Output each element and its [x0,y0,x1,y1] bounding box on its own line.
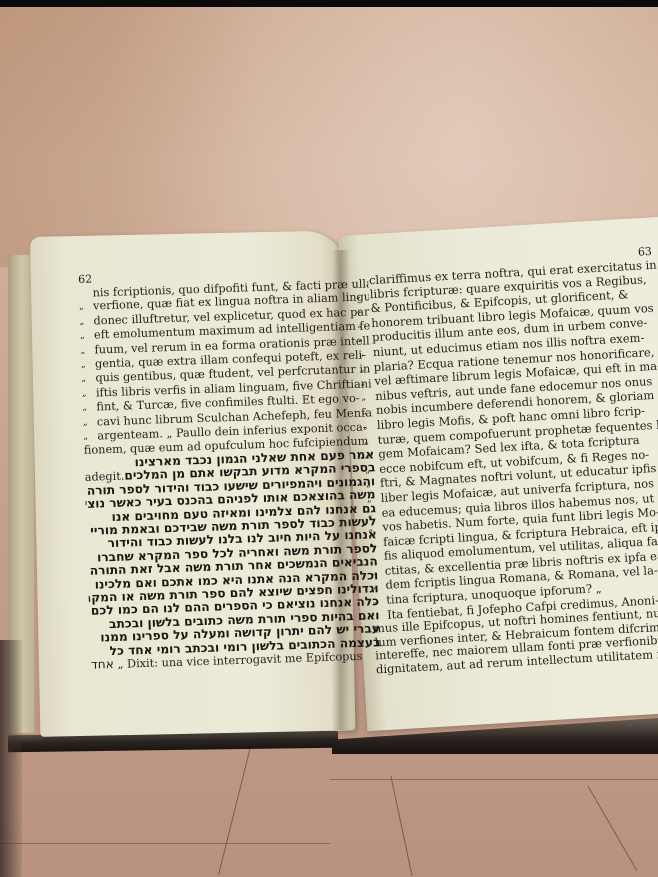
top-black-band [0,0,658,7]
table-seam [0,843,330,844]
table-seam [330,779,658,780]
photo-scene: 62 nis fcriptionis, quo difpofiti funt, … [0,0,658,877]
left-shadow [0,640,22,877]
table-shade [0,7,260,267]
right-page-text: 63 clariffimus ex terra noftra, qui erat… [354,245,658,677]
left-page-text: 62 nis fcriptionis, quo difpofiti funt, … [78,264,381,672]
